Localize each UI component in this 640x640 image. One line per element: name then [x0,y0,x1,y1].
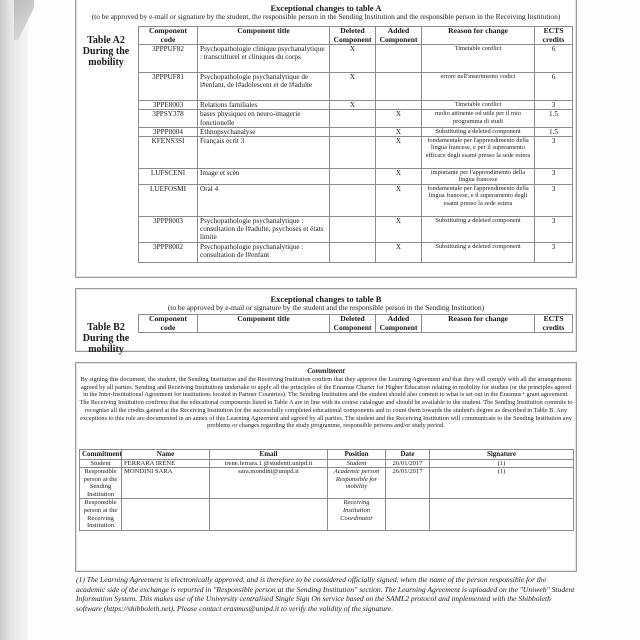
signature-table: Commitment Name Email Position Date Sign… [79,449,574,531]
footnote: (1) The Learning Agreement is electronic… [76,575,576,613]
commitment-role: Student [80,459,122,468]
signature-date: 26/01/2017 [386,468,430,499]
header-email: Email [210,450,328,460]
table-a-subtitle: (to be approved by e-mail or signature b… [76,13,576,22]
header-title: Component title [198,315,330,333]
commitment-role: Responsible person at the Receiving Inst… [80,499,122,530]
added-mark [376,101,422,110]
table-a: Component code Component title Deleted C… [138,26,573,263]
component-title: Psychopathologie psychanalytique de l#en… [198,73,330,101]
table-a-row: 3PPP8003Psychopathologie psychanalytique… [139,217,573,243]
component-title: Oral 4 [198,185,330,217]
reason-for-change: importante per l'apprendimento della lin… [422,169,535,185]
signature-date [386,499,430,530]
table-a-side-label: Table A2 During the mobility [78,35,134,68]
added-mark [376,73,422,101]
reason-for-change: Substituting a deleted component [422,127,535,136]
added-mark: X [376,127,422,136]
ects-credits: 6 [535,73,573,101]
reason-for-change: Substituting a deleted component [422,217,535,243]
signature-value [430,499,574,530]
deleted-mark [330,110,376,127]
signer-position: Academic person Responsible for mobility [328,468,386,499]
signature-row: StudentFERRARA IRENEirene.ferrara.1 @stu… [80,459,574,468]
table-a-row: LUFSCENIImage et scènXimportante per l'a… [139,169,573,185]
header-deleted: Deleted Component [330,27,376,45]
header-deleted: Deleted Component [330,315,376,333]
signer-email: irene.ferrara.1 @studenti.unipd.it [210,459,328,468]
ects-credits: 3 [535,101,573,110]
component-code: 3PPPUF82 [139,45,198,73]
deleted-mark: X [330,73,376,101]
ects-credits: 3 [535,137,573,169]
signer-email [210,499,328,530]
table-a-row: LUEFOSMIOral 4Xfondamentale per l'appren… [139,185,573,217]
ects-credits: 1.5 [535,127,573,136]
table-a-row: 3PPP8004EthnopsychanalyseXSubstituting a… [139,127,573,136]
header-reason: Reason for change [422,315,535,333]
reason-for-change: fondamentale per l'apprendimento della l… [422,137,535,169]
signer-position: Student [328,459,386,468]
ects-credits: 1.5 [535,110,573,127]
signer-email: sara.mondini@unipd.it [210,468,328,499]
reason-for-change: Timetable conflict [422,45,535,73]
table-a-header-row: Component code Component title Deleted C… [139,27,573,45]
deleted-mark [330,169,376,185]
reason-for-change: errore nell'inserimento codici [422,73,535,101]
signer-position: Receiving Institution Coordinator [328,499,386,530]
reason-for-change: fondamentale per l'apprendimento della l… [422,185,535,217]
deleted-mark: X [330,101,376,110]
component-title: Psychopathologie psychanalytique : consu… [198,217,330,243]
added-mark: X [376,242,422,262]
signature-row: Responsible person at the Receiving Inst… [80,499,574,530]
signature-row: Responsible person at the Sending Instit… [80,468,574,499]
table-b: Component code Component title Deleted C… [138,314,573,333]
header-code: Component code [139,27,198,45]
added-mark: X [376,110,422,127]
header-reason: Reason for change [422,27,535,45]
commitment-title: Commitment [76,367,576,376]
reason-for-change: Timetable conflict [422,101,535,110]
component-code: 3PPP8002 [139,242,198,262]
component-code: LUFSCENI [139,169,198,185]
component-code: KFENS3SI [139,137,198,169]
signer-name: MONDINI SARA [122,468,210,499]
ects-credits: 6 [535,45,573,73]
table-a-section: Exceptional changes to table A (to be ap… [75,0,577,278]
added-mark [376,45,422,73]
component-title: bases physiques en neuro-imagerie foncti… [198,110,330,127]
header-signature: Signature [430,450,574,460]
component-title: Français ecrit 3 [198,137,330,169]
table-a-row: 3PPPUF82Psychopathologie clinique psycha… [139,45,573,73]
reason-for-change: molto attinente od utile per il mio prog… [422,110,535,127]
table-a-row: 3PPE8003Relations familialesXTimetable c… [139,101,573,110]
deleted-mark [330,217,376,243]
header-ects: ECTS credits [535,315,573,333]
deleted-mark: X [330,45,376,73]
commitment-text: By signing this document, the student, t… [76,376,576,430]
signature-value: (1) [430,459,574,468]
signer-name [122,499,210,530]
ects-credits: 3 [535,169,573,185]
added-mark: X [376,137,422,169]
commitment-role: Responsible person at the Sending Instit… [80,468,122,499]
table-a-row: 3PPPUF81Psychopathologie psychanalytique… [139,73,573,101]
commitment-section: Commitment By signing this document, the… [75,362,577,572]
component-title: Psychopathologie psychanalytique : consu… [198,242,330,262]
component-title: Image et scèn [198,169,330,185]
header-commitment: Commitment [80,450,122,460]
component-code: 3PPSY378 [139,110,198,127]
added-mark: X [376,169,422,185]
signature-header-row: Commitment Name Email Position Date Sign… [80,450,574,460]
component-code: 3PPPUF81 [139,73,198,101]
ects-credits: 3 [535,185,573,217]
header-added: Added Component [376,27,422,45]
component-title: Ethnopsychanalyse [198,127,330,136]
table-a-row: 3PPP8002Psychopathologie psychanalytique… [139,242,573,262]
header-ects: ECTS credits [535,27,573,45]
added-mark: X [376,185,422,217]
signature-date: 26/01/2017 [386,459,430,468]
header-date: Date [386,450,430,460]
deleted-mark [330,185,376,217]
header-code: Component code [139,315,198,333]
added-mark: X [376,217,422,243]
ects-credits: 3 [535,242,573,262]
signer-name: FERRARA IRENE [122,459,210,468]
deleted-mark [330,242,376,262]
table-b-section: Exceptional changes to table B (to be ap… [75,288,577,352]
scan-page-edge [0,0,28,640]
table-a-row: 3PPSY378bases physiques en neuro-imageri… [139,110,573,127]
table-a-row: KFENS3SIFrançais ecrit 3Xfondamentale pe… [139,137,573,169]
component-code: 3PPP8003 [139,217,198,243]
component-title: Psychopathologie clinique psychanalytiqu… [198,45,330,73]
component-code: 3PPE8003 [139,101,198,110]
ects-credits: 3 [535,217,573,243]
deleted-mark [330,137,376,169]
header-added: Added Component [376,315,422,333]
component-code: 3PPP8004 [139,127,198,136]
table-b-side-label: Table B2 During the mobility [78,322,134,355]
component-code: LUEFOSMI [139,185,198,217]
signature-value: (1) [430,468,574,499]
reason-for-change: Substituting a deleted component [422,242,535,262]
component-title: Relations familiales [198,101,330,110]
table-b-subtitle: (to be approved by e-mail or signature b… [76,304,576,313]
header-name: Name [122,450,210,460]
table-b-header-row: Component code Component title Deleted C… [139,315,573,333]
header-title: Component title [198,27,330,45]
header-position: Position [328,450,386,460]
deleted-mark [330,127,376,136]
